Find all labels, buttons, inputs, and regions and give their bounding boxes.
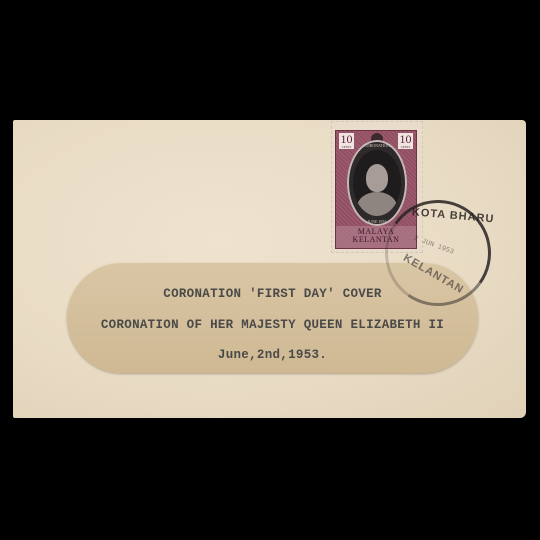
portrait-face — [366, 164, 388, 192]
portrait-oval: CORONATION JUNE 1953 — [347, 140, 407, 226]
postmark-state: KELANTAN — [401, 252, 466, 296]
queen-portrait — [353, 150, 401, 216]
portrait-shoulders — [357, 192, 397, 216]
oval-top-text: CORONATION — [347, 143, 407, 148]
label-line-2: CORONATION OF HER MAJESTY QUEEN ELIZABET… — [67, 318, 478, 332]
postmark-date: 2 JUN 1953 — [413, 235, 455, 257]
label-line-3: June,2nd,1953. — [67, 348, 478, 362]
